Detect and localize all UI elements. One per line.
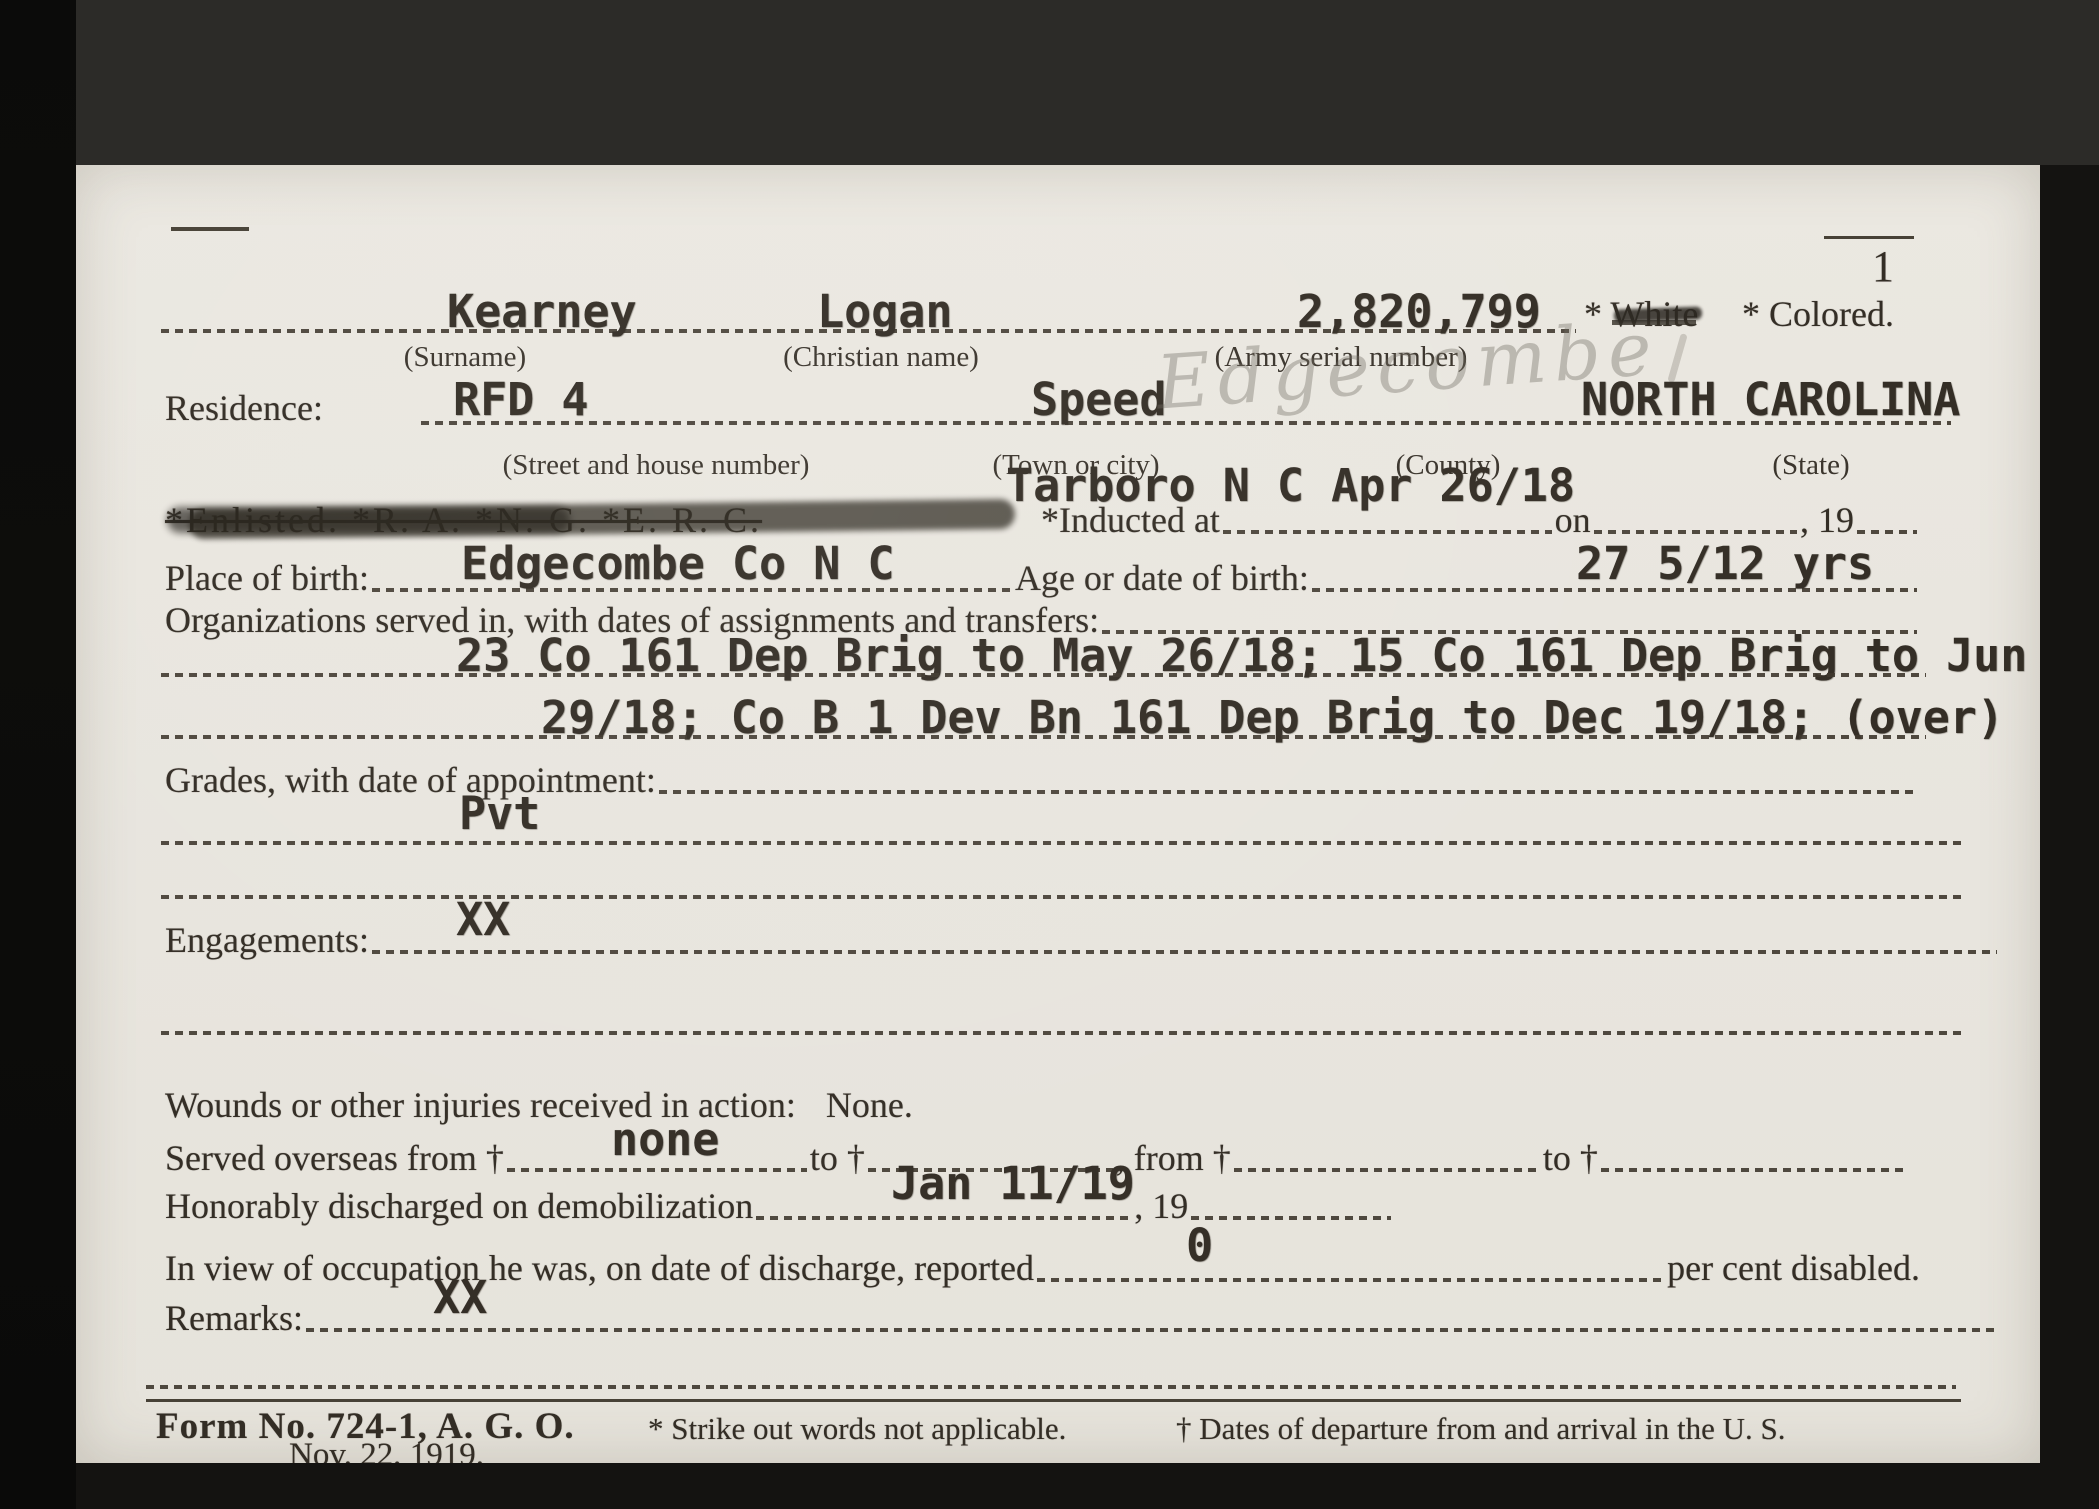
disability-label: In view of occupation he was, on date of… <box>165 1247 1034 1289</box>
engagements-value: XX <box>456 897 510 942</box>
footer-dotted-rule <box>146 1385 1956 1389</box>
footer-solid-rule <box>146 1399 1961 1402</box>
dotted-rule <box>1191 1216 1391 1220</box>
top-dash-mark <box>171 227 249 231</box>
dotted-rule <box>1223 530 1552 534</box>
organizations-rule-2 <box>161 735 1926 739</box>
surname-value: Kearney <box>447 289 637 334</box>
place-of-birth-value: Edgecombe Co N C <box>461 541 894 586</box>
blank-rule-2 <box>161 1031 1961 1035</box>
dagger-note: † Dates of departure from and arrival in… <box>1176 1411 1785 1447</box>
grade-value: Pvt <box>459 791 540 836</box>
grades-row: Grades, with date of appointment: <box>165 759 1920 801</box>
age-value: 27 5/12 yrs <box>1576 541 1874 586</box>
remarks-label: Remarks: <box>165 1297 303 1339</box>
scan-left-margin <box>0 0 76 1509</box>
strike-note: * Strike out words not applicable. <box>648 1411 1066 1447</box>
disability-row: In view of occupation he was, on date of… <box>165 1247 1920 1289</box>
form-date: Nov. 22, 1919. <box>289 1437 484 1463</box>
street-value: RFD 4 <box>453 377 588 422</box>
overseas-from-label: Served overseas from † <box>165 1137 504 1179</box>
page-number: 1 <box>1872 241 1894 292</box>
service-record-card: 1 Kearney Logan 2,820,799 * White * Colo… <box>76 165 2040 1463</box>
remarks-value: XX <box>433 1275 487 1320</box>
state-caption: (State) <box>1772 449 1849 482</box>
dotted-rule <box>1234 1168 1540 1172</box>
dotted-rule <box>372 950 1997 954</box>
organizations-line2-value: 29/18; Co B 1 Dev Bn 161 Dep Brig to Dec… <box>541 695 2004 740</box>
dotted-rule <box>659 790 1917 794</box>
discharge-label: Honorably discharged on demobilization <box>165 1185 753 1227</box>
engagements-row: Engagements: <box>165 919 2000 961</box>
surname-caption: (Surname) <box>404 341 526 374</box>
christian-name-value: Logan <box>817 289 952 334</box>
dotted-rule <box>507 1168 807 1172</box>
scanned-page: 1 Kearney Logan 2,820,799 * White * Colo… <box>0 0 2099 1509</box>
dotted-rule <box>1857 530 1917 534</box>
dotted-rule <box>306 1328 1997 1332</box>
dotted-rule <box>756 1216 1131 1220</box>
wounds-value: None. <box>826 1085 913 1125</box>
overseas-to2-label: to † <box>1543 1137 1598 1179</box>
street-caption: (Street and house number) <box>503 449 810 482</box>
scan-top-margin <box>0 0 2099 165</box>
grades-rule <box>161 841 1961 845</box>
year-prefix-label: , 19 <box>1800 499 1854 541</box>
overseas-to-label: to † <box>810 1137 865 1179</box>
engagements-label: Engagements: <box>165 919 369 961</box>
dotted-rule <box>1037 1278 1664 1282</box>
residence-label: Residence: <box>165 387 323 429</box>
inducted-at-label: *Inducted at <box>1041 499 1220 541</box>
induction-row: *Enlisted. *R. A. *N. G. *E. R. C. *Indu… <box>165 499 1920 541</box>
town-value: Speed <box>1031 377 1166 422</box>
page-number-overline <box>1824 236 1914 239</box>
state-value: NORTH CAROLINA <box>1581 377 1960 422</box>
organizations-line1-value: 23 Co 161 Dep Brig to May 26/18; 15 Co 1… <box>456 633 2027 678</box>
dotted-rule <box>1601 1168 1907 1172</box>
discharge-year-prefix: , 19 <box>1134 1185 1188 1227</box>
age-label: Age or date of birth: <box>1015 557 1309 599</box>
enlistment-options-struck: *Enlisted. *R. A. *N. G. *E. R. C. <box>165 499 1041 541</box>
disability-suffix: per cent disabled. <box>1667 1247 1920 1289</box>
overseas-from-value: none <box>611 1117 719 1162</box>
race-option-colored: * Colored. <box>1742 293 1894 335</box>
discharge-row: Honorably discharged on demobilization ,… <box>165 1185 1525 1227</box>
grades-label: Grades, with date of appointment: <box>165 759 656 801</box>
organizations-rule-1 <box>161 673 1926 677</box>
blank-rule-1 <box>161 895 1961 899</box>
place-of-birth-label: Place of birth: <box>165 557 369 599</box>
christian-name-caption: (Christian name) <box>783 341 979 374</box>
on-label: on <box>1555 499 1591 541</box>
discharge-date-value: Jan 11/19 <box>891 1161 1135 1206</box>
dotted-rule <box>1594 530 1797 534</box>
wounds-row: Wounds or other injuries received in act… <box>165 1084 913 1126</box>
disability-value: 0 <box>1186 1223 1213 1268</box>
